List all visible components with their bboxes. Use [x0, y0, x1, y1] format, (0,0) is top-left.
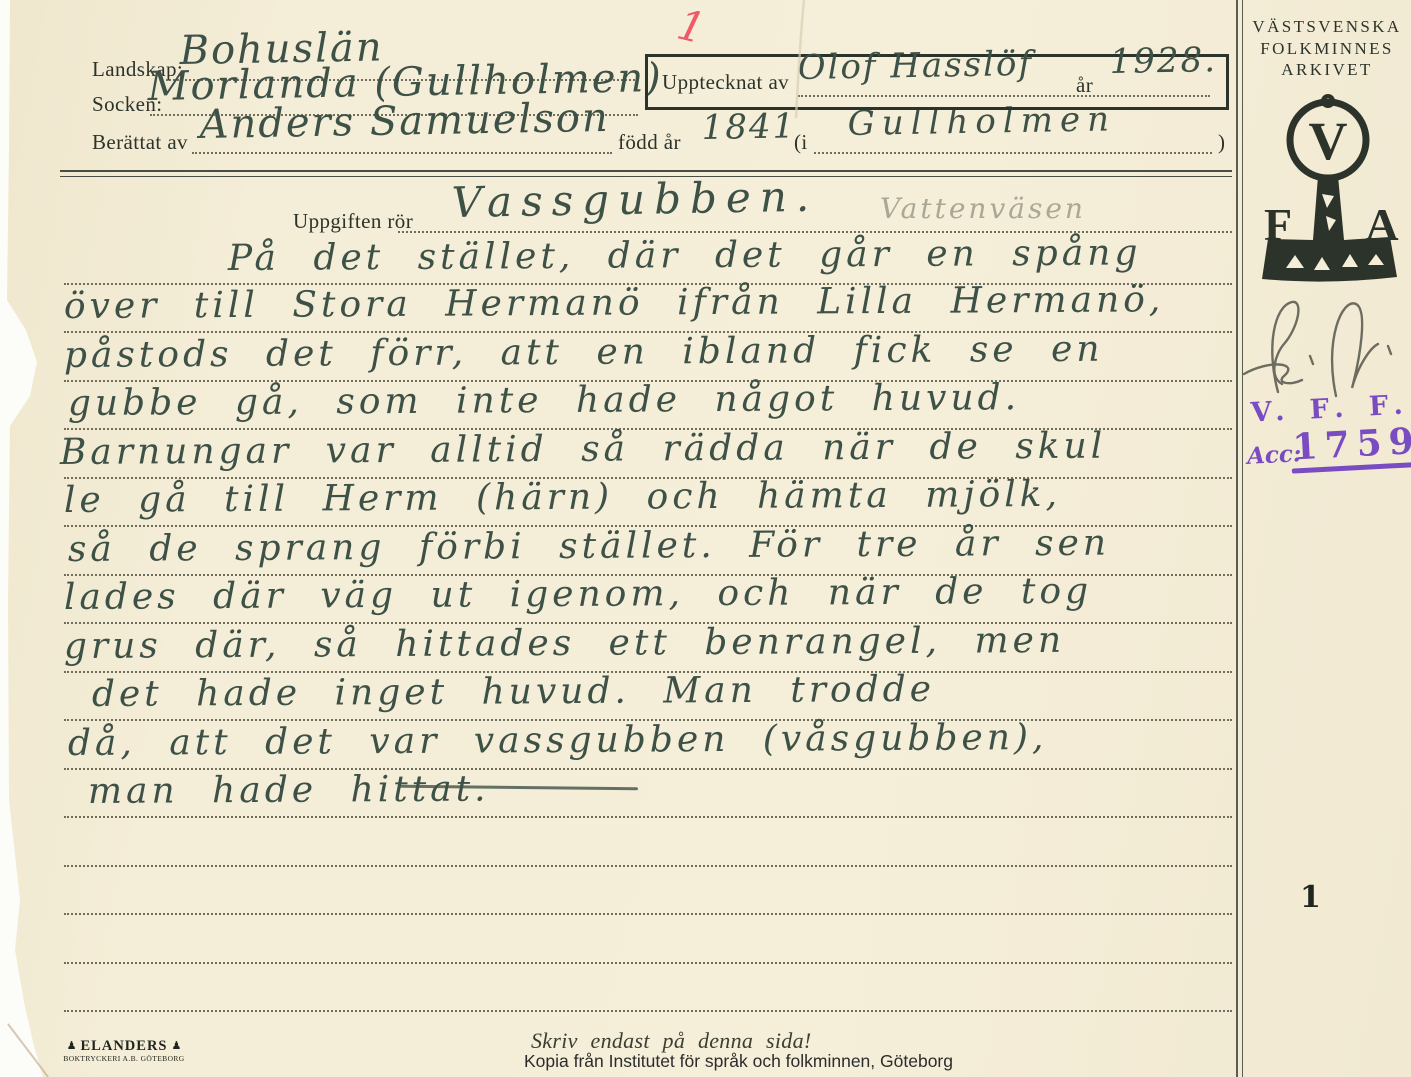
thors-hammer-logo-icon: V F A: [1256, 92, 1402, 312]
handwritten-body-line: det hade inget huvud. Man trodde: [92, 669, 935, 715]
writing-rule: [64, 865, 1232, 867]
handwritten-body-line: man hade hittat.: [88, 769, 490, 812]
printer-mark: ♟ ELANDERS ♟ BOKTRYCKERI A.B. GÖTEBORG: [58, 1037, 190, 1063]
handwritten-body-line: le gå till Herm (härn) och hämta mjölk,: [64, 474, 1061, 521]
sidebar-divider-rule: [1236, 0, 1243, 1077]
writing-rule: [64, 913, 1232, 915]
handwritten-recorder-name: Olof Hasslöf: [797, 44, 1033, 88]
handwritten-body-line: På det stället, där det går en spång: [228, 232, 1142, 279]
handwritten-body-line: gubbe gå, som inte hade något huvud.: [68, 377, 1020, 424]
scanned-archive-card: Landskap: Bohuslän Socken: Morlanda (Gul…: [0, 0, 1411, 1077]
archive-name: VÄSTSVENSKA FOLKMINNES ARKIVET: [1246, 16, 1408, 81]
archive-name-line: VÄSTSVENSKA: [1246, 16, 1408, 38]
printer-figure-icon: ♟: [171, 1040, 181, 1052]
stamp-accession-number: 1759: [1292, 420, 1411, 469]
archive-name-line: FOLKMINNES: [1246, 38, 1408, 60]
logo-letter-a: A: [1365, 199, 1398, 250]
torn-paper-edge: [0, 0, 56, 1077]
red-pencil-annotation: 1: [672, 0, 710, 54]
handwritten-informant-name: Anders Samuelson: [199, 95, 610, 148]
accession-stamp: V. F. F. Acc: 1759: [1244, 389, 1411, 475]
paren-close: ): [1218, 130, 1225, 155]
handwritten-subject: Vassgubben.: [451, 172, 818, 227]
printer-figure-icon: ♟: [67, 1040, 77, 1052]
writing-rule: [64, 1010, 1232, 1012]
paren-open-i: (i: [794, 130, 808, 155]
logo-letter-v: V: [1309, 111, 1348, 171]
handwritten-body-line: då, att det var vassgubben (våsgubben),: [68, 717, 1048, 764]
printer-subtitle: BOKTRYCKERI A.B. GÖTEBORG: [58, 1054, 190, 1063]
handwritten-body-line: Barnungar var alltid så rädda när de sku…: [60, 426, 1107, 473]
pencil-subject-note: Vattenväsen: [880, 192, 1086, 225]
handwritten-body-line: grus där, så hittades ett benrangel, men: [64, 620, 1065, 667]
logo-letter-f: F: [1264, 199, 1292, 250]
pencil-monogram: [1240, 288, 1410, 406]
dotted-rule-recorded-by: [798, 95, 1210, 97]
handwritten-body-line: över till Stora Hermanö ifrån Lilla Herm…: [64, 279, 1165, 327]
page-number: 1: [1300, 880, 1321, 915]
dotted-rule-berattat-av: [192, 152, 612, 154]
recorded-year-label: år: [1076, 73, 1093, 98]
copy-attribution: Kopia från Institutet för språk och folk…: [524, 1051, 953, 1072]
dotted-rule-birthplace: [814, 152, 1212, 154]
writing-rule: [64, 962, 1232, 964]
printer-name: ELANDERS: [81, 1038, 168, 1054]
field-label-fodd-ar: född år: [618, 130, 681, 155]
handwritten-body-line: lades där väg ut igenom, och när de tog: [64, 571, 1093, 618]
archive-name-line: ARKIVET: [1246, 59, 1408, 81]
writing-rule: [64, 816, 1232, 818]
subject-label: Uppgiften rör: [293, 209, 413, 234]
handwritten-record-year: 1928.: [1109, 40, 1217, 82]
handwritten-body-line: påstods det förr, att en ibland fick se …: [64, 329, 1104, 376]
recorded-by-label: Upptecknat av: [662, 70, 789, 95]
paper-crease: [780, 0, 820, 120]
field-label-berattat-av: Berättat av: [92, 130, 188, 155]
handwritten-body-line: så de sprang förbi stället. För tre år s…: [68, 523, 1110, 570]
